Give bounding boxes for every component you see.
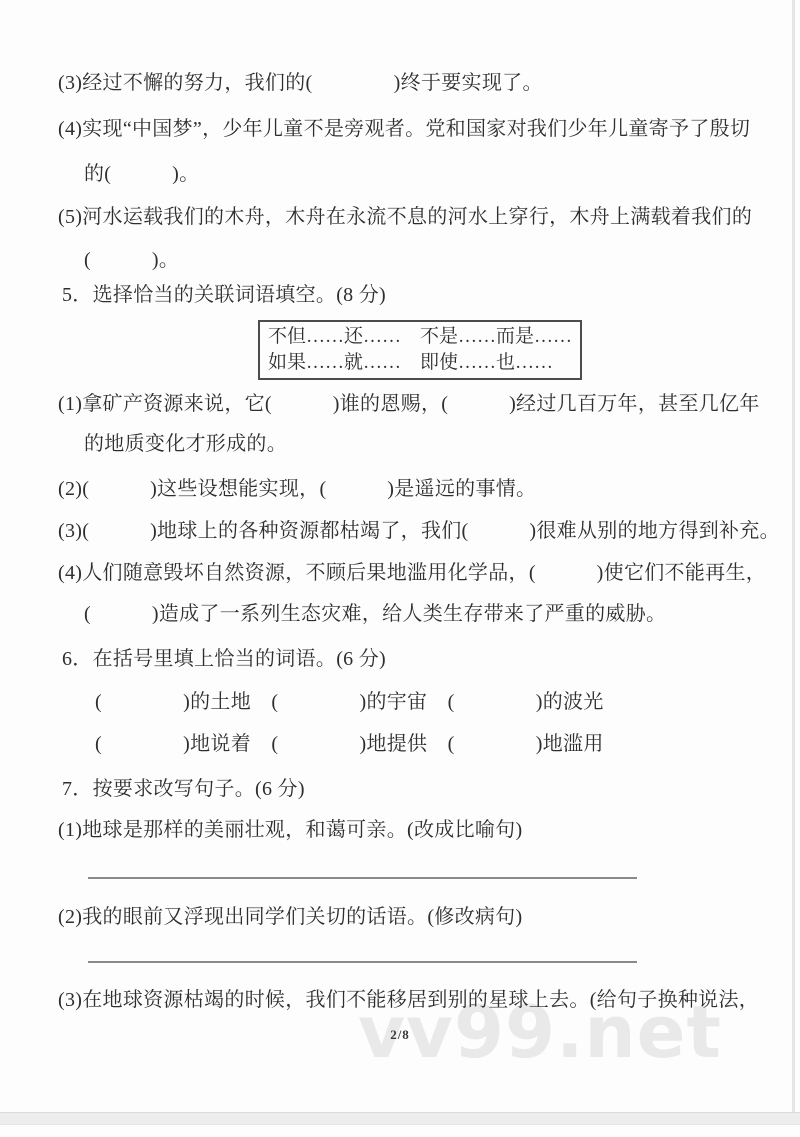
q6-row-2: ( )地说着 ( )地提供 ( )地滥用 [95,731,604,757]
q5-item-1-line2: 的地质变化才形成的。 [84,431,287,457]
answer-line-2 [88,961,637,963]
question-5-title: 5．选择恰当的关联词语填空。(8 分) [62,282,386,308]
q7-item-2: (2)我的眼前又浮现出同学们关切的话语。(修改病句) [58,904,522,930]
q6-row-1: ( )的土地 ( )的宇宙 ( )的波光 [95,689,604,715]
question-7-title: 7．按要求改写句子。(6 分) [62,776,305,802]
word-bank-row-2: 如果……就…… 即使……也…… [268,350,572,376]
fill-item-5-line2: ( )。 [84,247,179,273]
q5-item-4-line2: ( )造成了一系列生态灾难，给人类生存带来了严重的威胁。 [84,601,666,627]
q5-item-2: (2)( )这些设想能实现，( )是遥远的事情。 [58,476,536,502]
fill-item-5-line1: (5)河水运载我们的木舟，木舟在永流不息的河水上穿行，木舟上满载着我们的 [58,204,752,230]
fill-item-4-line2: 的( )。 [84,161,199,187]
q7-item-3: (3)在地球资源枯竭的时候，我们不能移居到别的星球上去。(给句子换种说法， [58,987,759,1013]
q7-item-1: (1)地球是那样的美丽壮观，和蔼可亲。(改成比喻句) [58,817,522,843]
word-bank-row-1: 不但……还…… 不是……而是…… [268,324,572,350]
fill-item-4-line1: (4)实现“中国梦”，少年儿童不是旁观者。党和国家对我们少年儿童寄予了殷切 [58,116,750,142]
word-bank-box: 不但……还…… 不是……而是…… 如果……就…… 即使……也…… [258,320,582,380]
fill-item-3: (3)经过不懈的努力，我们的( )终于要实现了。 [58,70,543,96]
q5-item-3: (3)( )地球上的各种资源都枯竭了，我们( )很难从别的地方得到补充。 [58,518,780,544]
page-number: 2/8 [0,1027,800,1043]
question-6-title: 6．在括号里填上恰当的词语。(6 分) [62,646,386,672]
page-gap-band [0,1112,800,1125]
q5-item-1-line1: (1)拿矿产资源来说，它( )谁的恩赐，( )经过几百万年，甚至几亿年 [58,391,760,417]
page-right-edge [792,0,795,1112]
q5-item-4-line1: (4)人们随意毁坏自然资源，不顾后果地滥用化学品，( )使它们不能再生， [58,560,766,586]
answer-line-1 [88,877,637,879]
test-paper-page: vv99.net (3)经过不懈的努力，我们的( )终于要实现了。 (4)实现“… [0,0,800,1137]
